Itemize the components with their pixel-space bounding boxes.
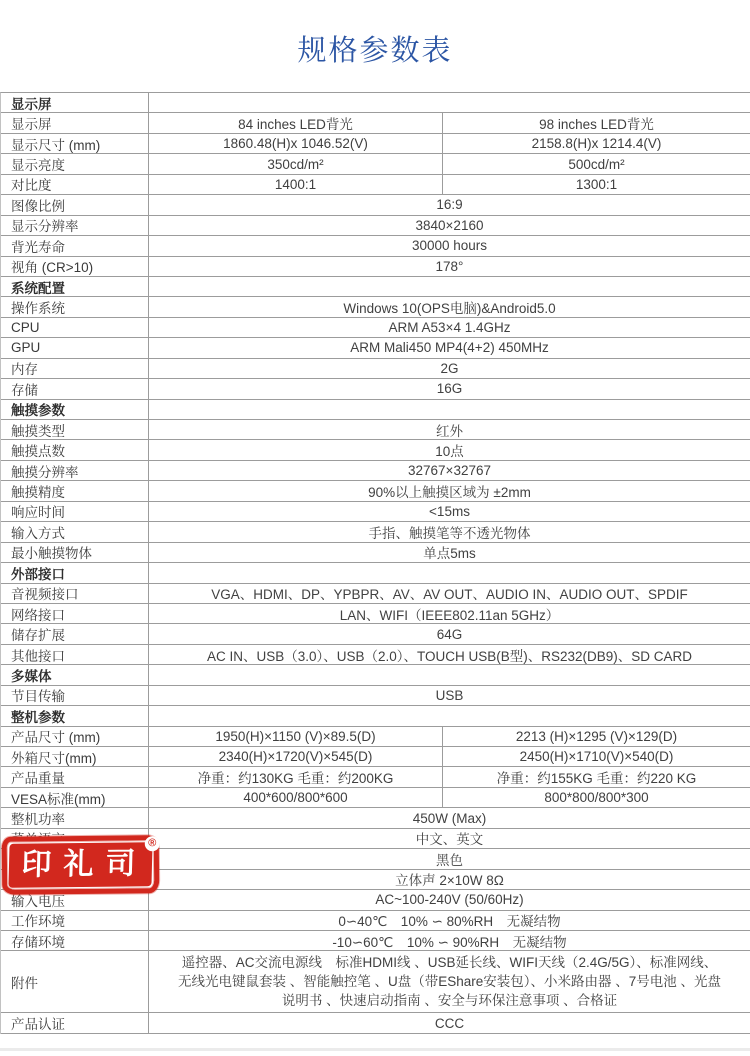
spec-value-98: 2450(H)×1710(V)×540(D) xyxy=(443,747,750,766)
spec-label: 外箱尺寸(mm) xyxy=(1,747,149,766)
spec-value-84: 1400:1 xyxy=(149,175,443,194)
spec-label: 附件 xyxy=(1,951,149,1012)
spec-value-84: 400*600/800*600 xyxy=(149,788,443,807)
spec-value: LAN、WIFI（IEEE802.11an 5GHz） xyxy=(149,604,750,623)
table-row: 整机功率 450W (Max) xyxy=(1,808,750,828)
table-row: 内存 2G xyxy=(1,359,750,379)
spec-value: ARM Mali450 MP4(4+2) 450MHz xyxy=(149,338,750,357)
table-row: 显示亮度 350cd/m² 500cd/m² xyxy=(1,154,750,174)
spec-label: 储存扩展 xyxy=(1,624,149,643)
spec-label: 整机功率 xyxy=(1,808,149,827)
table-row: VESA标准(mm) 400*600/800*600 800*800/800*3… xyxy=(1,788,750,808)
table-row: 存储环境 -10∽60℃ 10% ∽ 90%RH 无凝结物 xyxy=(1,931,750,951)
table-section-row: 整机参数 xyxy=(1,706,750,726)
spec-label: 产品尺寸 (mm) xyxy=(1,727,149,746)
spec-label: 产品重量 xyxy=(1,767,149,786)
spec-value: 黑色 xyxy=(149,849,750,868)
table-row: 触摸精度 90%以上触摸区域为 ±2mm xyxy=(1,481,750,501)
table-row: 触摸分辨率 32767×32767 xyxy=(1,461,750,481)
spec-value: 16G xyxy=(149,379,750,398)
spec-value: 64G xyxy=(149,624,750,643)
spec-value: 16:9 xyxy=(149,195,750,214)
table-row: 外箱尺寸(mm) 2340(H)×1720(V)×545(D) 2450(H)×… xyxy=(1,747,750,767)
section-spacer xyxy=(149,400,750,419)
table-row: 节目传输 USB xyxy=(1,686,750,706)
table-row: 背光寿命 30000 hours xyxy=(1,236,750,256)
table-row: 显示分辨率 3840×2160 xyxy=(1,216,750,236)
spec-value: ARM A53×4 1.4GHz xyxy=(149,318,750,337)
table-row: 显示尺寸 (mm) 1860.48(H)x 1046.52(V) 2158.8(… xyxy=(1,134,750,154)
spec-label: 存储环境 xyxy=(1,931,149,950)
table-row: 显示屏 84 inches LED背光 98 inches LED背光 xyxy=(1,113,750,133)
spec-value: CCC xyxy=(149,1013,750,1032)
spec-label: 音视频接口 xyxy=(1,584,149,603)
spec-value: <15ms xyxy=(149,502,750,521)
spec-label: VESA标准(mm) xyxy=(1,788,149,807)
spec-label: 节目传输 xyxy=(1,686,149,705)
spec-value-84: 350cd/m² xyxy=(149,154,443,173)
spec-label: 触摸点数 xyxy=(1,440,149,459)
section-spacer xyxy=(149,93,750,112)
spec-label: 产品认证 xyxy=(1,1013,149,1032)
spec-value: 10点 xyxy=(149,440,750,459)
spec-label: 图像比例 xyxy=(1,195,149,214)
spec-value: AC~100-240V (50/60Hz) xyxy=(149,890,750,909)
spec-label: 其他接口 xyxy=(1,645,149,664)
spec-label: 触摸类型 xyxy=(1,420,149,439)
spec-sheet-page: 规格参数表 显示屏 显示屏 84 inches LED背光 98 inches … xyxy=(0,0,750,1056)
section-label: 整机参数 xyxy=(1,706,149,725)
section-label: 多媒体 xyxy=(1,665,149,684)
page-bottom-edge xyxy=(0,1048,750,1051)
table-row: 触摸类型 红外 xyxy=(1,420,750,440)
table-row: 输入方式 手指、触摸笔等不透光物体 xyxy=(1,522,750,542)
spec-label: 触摸精度 xyxy=(1,481,149,500)
table-row: 存储 16G xyxy=(1,379,750,399)
table-row: 操作系统 Windows 10(OPS电脑)&Android5.0 xyxy=(1,297,750,317)
table-row: 触摸点数 10点 xyxy=(1,440,750,460)
spec-label: 存储 xyxy=(1,379,149,398)
spec-value-98: 1300:1 xyxy=(443,175,750,194)
table-row: 图像比例 16:9 xyxy=(1,195,750,215)
stamp-text: 印礼司 xyxy=(8,842,152,888)
spec-label: 内存 xyxy=(1,359,149,378)
spec-label: 触摸分辨率 xyxy=(1,461,149,480)
table-row-accessories: 附件 遥控器、AC交流电源线 标准HDMI线 、USB延长线、WIFI天线（2.… xyxy=(1,951,750,1013)
spec-value: 3840×2160 xyxy=(149,216,750,235)
spec-label: 显示尺寸 (mm) xyxy=(1,134,149,153)
table-row: 音视频接口 VGA、HDMI、DP、YPBPR、AV、AV OUT、AUDIO … xyxy=(1,584,750,604)
table-row: GPU ARM Mali450 MP4(4+2) 450MHz xyxy=(1,338,750,358)
spec-label: 最小触摸物体 xyxy=(1,543,149,562)
section-spacer xyxy=(149,665,750,684)
table-row: 产品尺寸 (mm) 1950(H)×1150 (V)×89.5(D) 2213 … xyxy=(1,727,750,747)
spec-value: 30000 hours xyxy=(149,236,750,255)
spec-value-98: 500cd/m² xyxy=(443,154,750,173)
section-label: 外部接口 xyxy=(1,563,149,582)
table-row: CPU ARM A53×4 1.4GHz xyxy=(1,318,750,338)
brand-stamp: 印礼司 ® xyxy=(2,835,160,895)
page-header: 规格参数表 xyxy=(0,0,750,92)
section-spacer xyxy=(149,563,750,582)
section-spacer xyxy=(149,706,750,725)
spec-value: USB xyxy=(149,686,750,705)
table-row: 视角 (CR>10) 178° xyxy=(1,257,750,277)
section-label: 系统配置 xyxy=(1,277,149,296)
spec-label: 响应时间 xyxy=(1,502,149,521)
spec-value-98: 2158.8(H)x 1214.4(V) xyxy=(443,134,750,153)
spec-value: 0∽40℃ 10% ∽ 80%RH 无凝结物 xyxy=(149,911,750,930)
spec-label: 操作系统 xyxy=(1,297,149,316)
spec-label: 显示分辨率 xyxy=(1,216,149,235)
table-row: 对比度 1400:1 1300:1 xyxy=(1,175,750,195)
spec-value: 遥控器、AC交流电源线 标准HDMI线 、USB延长线、WIFI天线（2.4G/… xyxy=(149,951,750,1012)
table-section-row: 显示屏 xyxy=(1,93,750,113)
spec-label: GPU xyxy=(1,338,149,357)
spec-label: CPU xyxy=(1,318,149,337)
registered-trademark-icon: ® xyxy=(145,836,160,851)
spec-label: 显示亮度 xyxy=(1,154,149,173)
spec-label: 显示屏 xyxy=(1,113,149,132)
spec-value: 450W (Max) xyxy=(149,808,750,827)
spec-value: 中文、英文 xyxy=(149,829,750,848)
spec-value: 立体声 2×10W 8Ω xyxy=(149,870,750,889)
table-section-row: 触摸参数 xyxy=(1,400,750,420)
spec-value: VGA、HDMI、DP、YPBPR、AV、AV OUT、AUDIO IN、AUD… xyxy=(149,584,750,603)
spec-value: 32767×32767 xyxy=(149,461,750,480)
spec-value: Windows 10(OPS电脑)&Android5.0 xyxy=(149,297,750,316)
table-row: 产品认证 CCC xyxy=(1,1013,750,1033)
section-spacer xyxy=(149,277,750,296)
table-row: 其他接口 AC IN、USB（3.0）、USB（2.0）、TOUCH USB(B… xyxy=(1,645,750,665)
section-label: 触摸参数 xyxy=(1,400,149,419)
spec-value: 90%以上触摸区域为 ±2mm xyxy=(149,481,750,500)
table-row: 最小触摸物体 单点5ms xyxy=(1,543,750,563)
spec-label: 视角 (CR>10) xyxy=(1,257,149,276)
table-row: 响应时间 <15ms xyxy=(1,502,750,522)
spec-value-84: 净重：约130KG 毛重：约200KG xyxy=(149,767,443,786)
section-label: 显示屏 xyxy=(1,93,149,112)
spec-value-98: 800*800/800*300 xyxy=(443,788,750,807)
spec-value-98: 98 inches LED背光 xyxy=(443,113,750,132)
spec-value-84: 1950(H)×1150 (V)×89.5(D) xyxy=(149,727,443,746)
spec-value: AC IN、USB（3.0）、USB（2.0）、TOUCH USB(B型)、RS… xyxy=(149,645,750,664)
table-row: 产品重量 净重：约130KG 毛重：约200KG 净重：约155KG 毛重：约2… xyxy=(1,767,750,787)
spec-value-84: 1860.48(H)x 1046.52(V) xyxy=(149,134,443,153)
spec-value-98: 2213 (H)×1295 (V)×129(D) xyxy=(443,727,750,746)
table-row: 网络接口 LAN、WIFI（IEEE802.11an 5GHz） xyxy=(1,604,750,624)
page-title: 规格参数表 xyxy=(297,28,452,69)
spec-value: 178° xyxy=(149,257,750,276)
spec-value: 2G xyxy=(149,359,750,378)
spec-value-98: 净重：约155KG 毛重：约220 KG xyxy=(443,767,750,786)
spec-label: 对比度 xyxy=(1,175,149,194)
table-row: 工作环境 0∽40℃ 10% ∽ 80%RH 无凝结物 xyxy=(1,911,750,931)
table-section-row: 外部接口 xyxy=(1,563,750,583)
spec-value: 手指、触摸笔等不透光物体 xyxy=(149,522,750,541)
spec-value: 单点5ms xyxy=(149,543,750,562)
table-row: 储存扩展 64G xyxy=(1,624,750,644)
table-section-row: 多媒体 xyxy=(1,665,750,685)
spec-value-84: 2340(H)×1720(V)×545(D) xyxy=(149,747,443,766)
table-section-row: 系统配置 xyxy=(1,277,750,297)
spec-value-84: 84 inches LED背光 xyxy=(149,113,443,132)
spec-label: 背光寿命 xyxy=(1,236,149,255)
spec-label: 输入方式 xyxy=(1,522,149,541)
spec-label: 网络接口 xyxy=(1,604,149,623)
spec-value: -10∽60℃ 10% ∽ 90%RH 无凝结物 xyxy=(149,931,750,950)
spec-label: 工作环境 xyxy=(1,911,149,930)
spec-value: 红外 xyxy=(149,420,750,439)
